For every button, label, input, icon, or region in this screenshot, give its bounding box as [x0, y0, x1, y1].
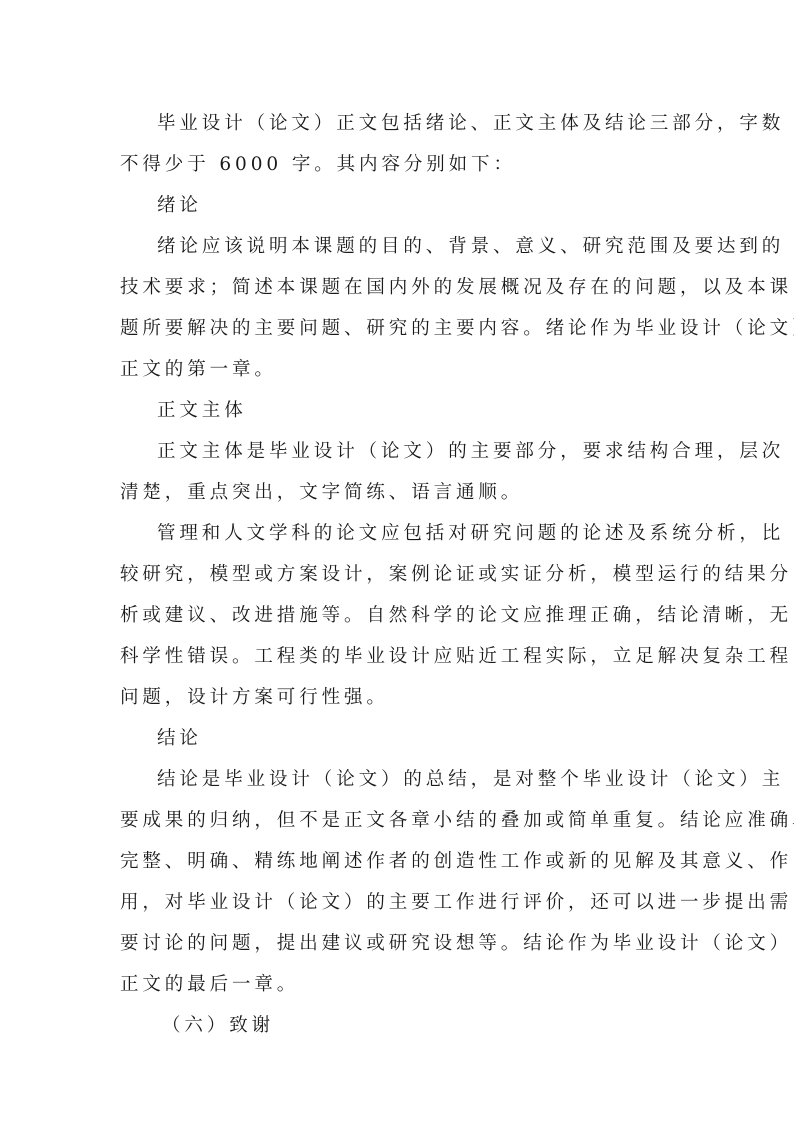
- conclusion-line-6: 正文的最后一章。: [120, 964, 676, 1005]
- introduction-line-4: 正文的第一章。: [120, 349, 676, 390]
- heading-introduction: 绪论: [120, 185, 676, 226]
- conclusion-line-3: 完整、明确、精练地阐述作者的创造性工作或新的见解及其意义、作: [120, 841, 676, 882]
- disciplines-line-3: 析或建议、改进措施等。自然科学的论文应推理正确，结论清晰，无: [120, 595, 676, 636]
- heading-conclusion: 结论: [120, 718, 676, 759]
- heading-main-body: 正文主体: [120, 390, 676, 431]
- conclusion-line-5: 要讨论的问题，提出建议或研究设想等。结论作为毕业设计（论文）: [120, 923, 676, 964]
- intro-line-2: 不得少于 6000 字。其内容分别如下：: [120, 144, 676, 185]
- conclusion-line-1: 结论是毕业设计（论文）的总结，是对整个毕业设计（论文）主: [120, 759, 676, 800]
- conclusion-line-2: 要成果的归纳，但不是正文各章小结的叠加或简单重复。结论应准确、: [120, 800, 676, 841]
- section-heading-acknowledgements: （六）致谢: [120, 1005, 676, 1046]
- disciplines-line-5: 问题，设计方案可行性强。: [120, 677, 676, 718]
- document-page: 毕业设计（论文）正文包括绪论、正文主体及结论三部分，字数 不得少于 6000 字…: [120, 103, 676, 1046]
- main-body-line-1: 正文主体是毕业设计（论文）的主要部分，要求结构合理，层次: [120, 431, 676, 472]
- intro-line-1: 毕业设计（论文）正文包括绪论、正文主体及结论三部分，字数: [120, 103, 676, 144]
- disciplines-line-2: 较研究，模型或方案设计，案例论证或实证分析，模型运行的结果分: [120, 554, 676, 595]
- introduction-line-2: 技术要求；简述本课题在国内外的发展概况及存在的问题，以及本课: [120, 267, 676, 308]
- conclusion-line-4: 用，对毕业设计（论文）的主要工作进行评价，还可以进一步提出需: [120, 882, 676, 923]
- disciplines-line-1: 管理和人文学科的论文应包括对研究问题的论述及系统分析，比: [120, 513, 676, 554]
- main-body-line-2: 清楚，重点突出，文字简练、语言通顺。: [120, 472, 676, 513]
- introduction-line-3: 题所要解决的主要问题、研究的主要内容。绪论作为毕业设计（论文）: [120, 308, 676, 349]
- introduction-line-1: 绪论应该说明本课题的目的、背景、意义、研究范围及要达到的: [120, 226, 676, 267]
- disciplines-line-4: 科学性错误。工程类的毕业设计应贴近工程实际，立足解决复杂工程: [120, 636, 676, 677]
